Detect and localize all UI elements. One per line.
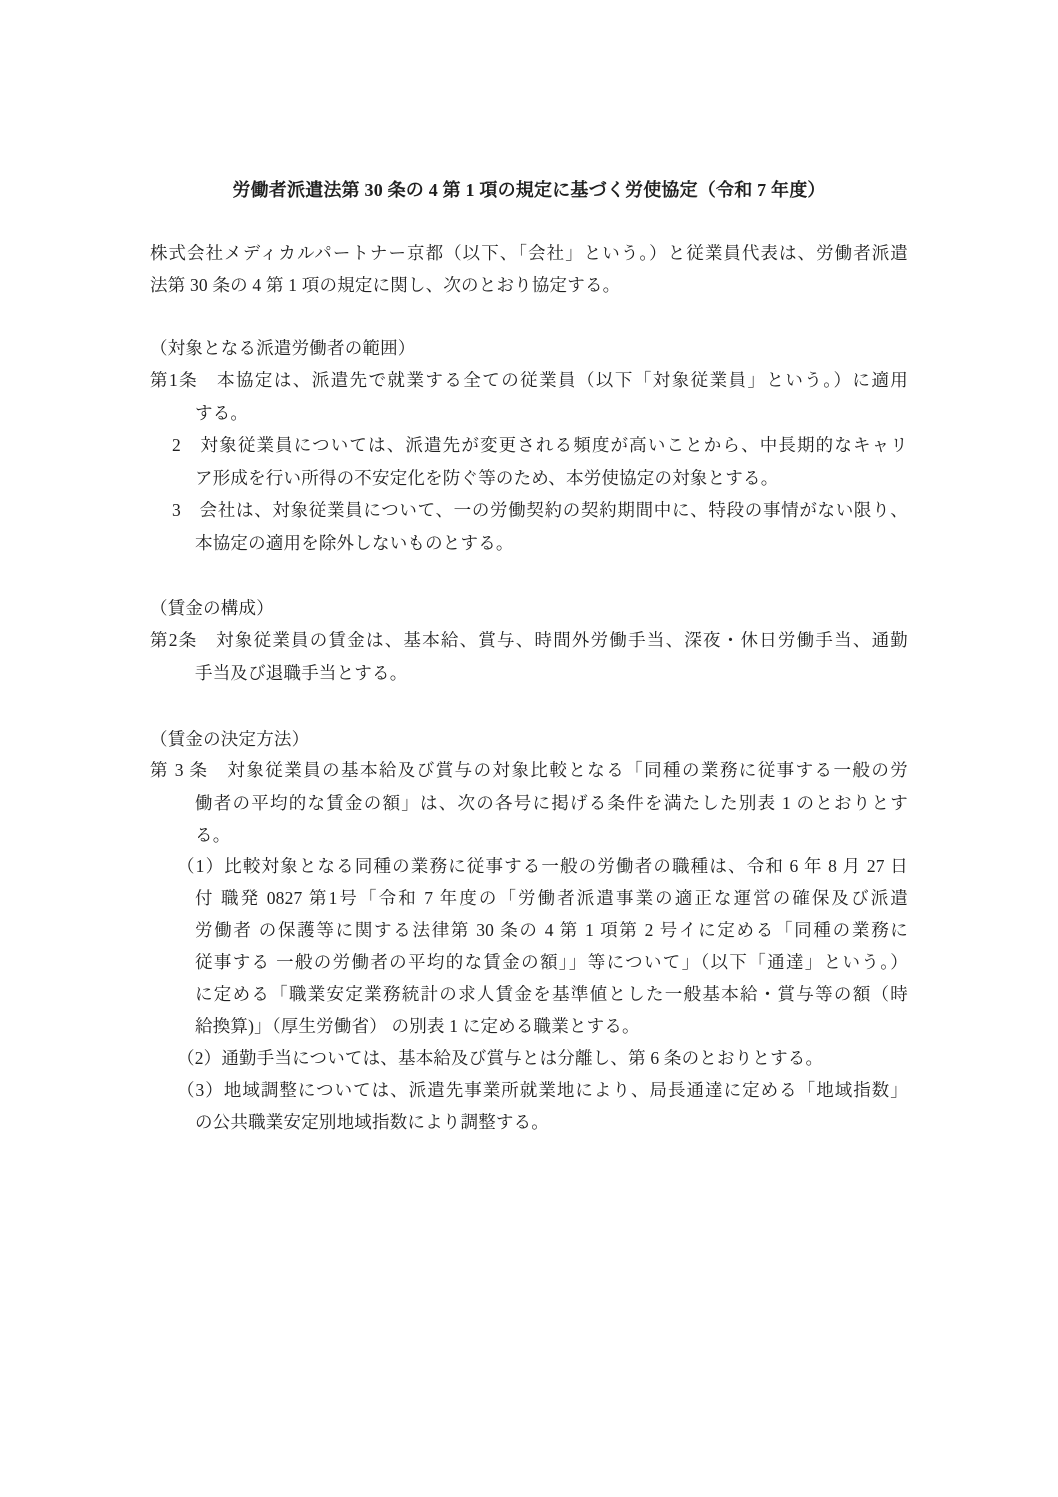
article-1-paragraph-3-line: 本協定の適用を除外しないものとする。 (195, 532, 514, 555)
document-title: 労働者派遣法第 30 条の 4 第 1 項の規定に基づく労使協定（令和 7 年度… (0, 178, 1058, 202)
article-1-paragraph-2-line: 2 対象従業員については、派遣先が変更される頻度が高いことから、中長期的なキャリ (172, 434, 908, 457)
preamble-line: 株式会社メディカルパートナー京都（以下、「会社」という。）と従業員代表は、労働者… (150, 242, 908, 265)
article-3-item-1-line: 給換算)」（厚生労働省） の別表 1 に定める職業とする。 (195, 1015, 640, 1038)
article-3-item-2-line: （2）通勤手当については、基本給及び賞与とは分離し、第 6 条のとおりとする。 (177, 1047, 823, 1070)
article-3-item-1-line: 従事する 一般の労働者の平均的な賃金の額」」等について」（以下「通達」という。） (195, 951, 908, 974)
article-3-line: 働者の平均的な賃金の額」は、次の各号に掲げる条件を満たした別表 1 のとおりとす (195, 792, 908, 815)
article-3-line: 第 3 条 対象従業員の基本給及び賞与の対象比較となる「同種の業務に従事する一般… (150, 759, 908, 782)
article-2-line: 手当及び退職手当とする。 (195, 662, 407, 685)
heading-scope-line: （対象となる派遣労働者の範囲） (150, 337, 416, 360)
article-1-paragraph-3-line: 3 会社は、対象従業員について、一の労働契約の契約期間中に、特段の事情がない限り… (172, 499, 908, 522)
article-3-item-1-line: に定める「職業安定業務統計の求人賃金を基準値とした一般基本給・賞与等の額（時 (195, 983, 908, 1006)
heading-wage-composition-line: （賃金の構成） (150, 597, 274, 620)
article-3-item-1-line: 労働者 の保護等に関する法律第 30 条の 4 第 1 項第 2 号イに定める「… (195, 919, 908, 942)
article-1-line: する。 (195, 402, 248, 425)
preamble-line: 法第 30 条の 4 第 1 項の規定に関し、次のとおり協定する。 (150, 274, 620, 297)
document-page: 労働者派遣法第 30 条の 4 第 1 項の規定に基づく労使協定（令和 7 年度… (0, 0, 1058, 1497)
heading-wage-determination-line: （賃金の決定方法） (150, 728, 309, 751)
article-3-line: る。 (195, 824, 230, 847)
article-1-line: 第1条 本協定は、派遣先で就業する全ての従業員（以下「対象従業員」という。）に適… (150, 369, 908, 392)
article-1-paragraph-2-line: ア形成を行い所得の不安定化を防ぐ等のため、本労使協定の対象とする。 (195, 467, 778, 490)
article-3-item-3-line: （3）地域調整については、派遣先事業所就業地により、局長通達に定める「地域指数」 (177, 1079, 908, 1102)
article-3-item-1-line: （1）比較対象となる同種の業務に従事する一般の労働者の職種は、令和 6 年 8 … (177, 855, 908, 878)
article-3-item-3-line: の公共職業安定別地域指数により調整する。 (195, 1111, 549, 1134)
article-2-line: 第2条 対象従業員の賃金は、基本給、賞与、時間外労働手当、深夜・休日労働手当、通… (150, 629, 908, 652)
article-3-item-1-line: 付 職発 0827 第1号「令和 7 年度の「労働者派遣事業の適正な運営の確保及… (195, 887, 908, 910)
